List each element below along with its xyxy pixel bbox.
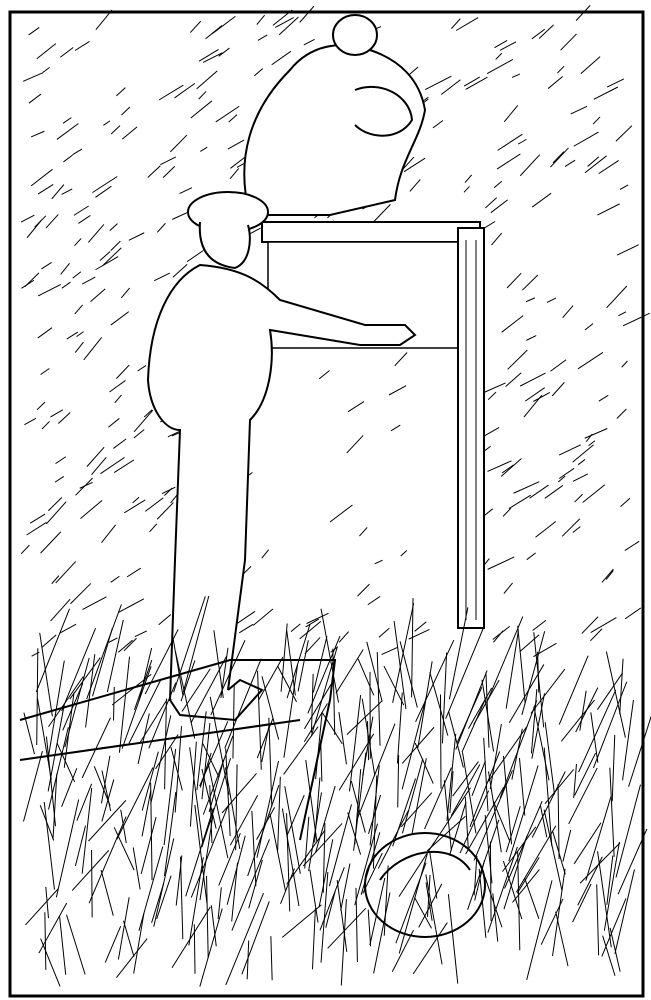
illustration (0, 0, 651, 1000)
